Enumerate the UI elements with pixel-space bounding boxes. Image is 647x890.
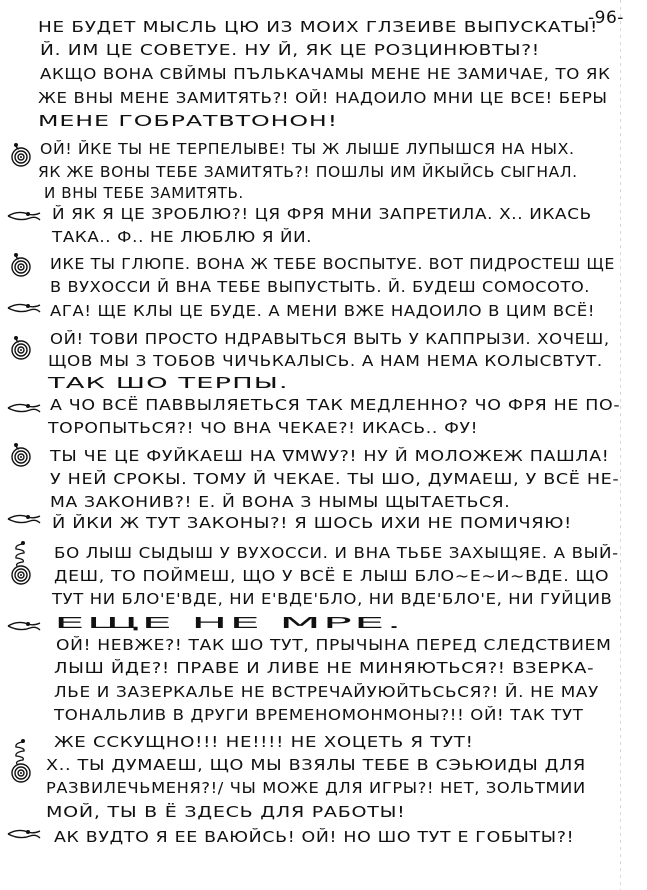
manuscript-line: АГА! ЩЕ КЛЫ ЦЕ БУДЕ. А МЕНИ ВЖЕ НАДОИЛО … (50, 302, 595, 320)
manuscript-line: В ВУХОССИ Й ВНА ТЕБЕ ВЫПУСТЫТЬ. Й. БУДЕШ… (50, 278, 590, 296)
manuscript-line: МОЙ, ТЫ В Ё ЗДЕСЬ ДЛЯ РАБОТЫ! (46, 803, 406, 821)
spiral-icon (10, 142, 32, 168)
manuscript-line: БО ЛЫШ СЫДЫШ У ВУХОССИ. И ВНА ТЬБЕ ЗАХЫЩ… (54, 544, 619, 562)
manuscript-line: ТАКА.. Ф.. НЕ ЛЮБЛЮ Я ЙИ. (52, 228, 312, 246)
fish-icon (6, 210, 42, 224)
manuscript-line: ТАК ШО ТЕРПЫ. (48, 374, 289, 392)
manuscript-line: НЕ БУДЕТ МЫСЛЬ ЦЮ ИЗ МОИХ ГЛЗЕИВЕ ВЫПУСК… (38, 18, 598, 36)
manuscript-line: А ЧО ВСЁ ПАВВЫЛЯЕТЬСЯ ТАК МЕДЛЕННО? ЧО Ф… (50, 396, 620, 414)
manuscript-line: ТЫ ЧЕ ЦЕ ФУЙКАЕШ НА ∇МWУ?! НУ Й МОЛОЖЕЖ … (50, 447, 609, 465)
manuscript-line: МА ЗАКОНИВ?! Е. Й ВОНА З НЫМЫ ЩЫТАЕТЬСЯ. (50, 493, 510, 511)
manuscript-line: Й ЯК Я ЦЕ ЗРОБЛЮ?! ЦЯ ФРЯ МНИ ЗАПРЕТИЛА.… (52, 205, 592, 223)
manuscript-line: ТОНАЛЬЛИВ В ДРУГИ ВРЕМЕНОМОНМОНЫ?!! ОЙ! … (54, 706, 583, 724)
manuscript-line: МЕНЕ ГОБРАТВТОНОН! (38, 112, 338, 130)
manuscript-line: ЯК ЖЕ ВОНЫ ТЕБЕ ЗАМИТЯТЬ?! ПОШЛЫ ИМ ЙКЫЙ… (38, 163, 578, 181)
manuscript-line: Х.. ТЫ ДУМАЕШ, ЩО МЫ ВЗЯЛЫ ТЕБЕ В СЭЬЮИД… (46, 756, 586, 774)
manuscript-line: Й ЙКИ Ж ТУТ ЗАКОНЫ?! Я ШОСЬ ИХИ НЕ ПОМИЧ… (52, 514, 572, 532)
manuscript-line: ОЙ! ТОВИ ПРОСТО НДРАВЫТЬСЯ ВЫТЬ У КАППРЫ… (50, 330, 610, 348)
fish-icon (6, 828, 42, 842)
fish-icon (6, 302, 42, 316)
manuscript-line: ЕЩЕ НЕ МРЕ. (54, 614, 404, 632)
manuscript-line: ЛЫШ ЙДЕ?! ПРАВЕ И ЛИВЕ НЕ МИНЯЮТЬСЯ?! ВЗ… (54, 659, 594, 677)
manuscript-line: И ВНЫ ТЕБЕ ЗАМИТЯТЬ. (44, 184, 244, 202)
manuscript-line: У НЕЙ СРОКЫ. ТОМУ Й ЧЕКАЕ. ТЫ ШО, ДУМАЕШ… (50, 470, 619, 488)
fish-icon (6, 402, 42, 416)
manuscript-line: РАЗВИЛЕЧЬМЕНЯ?!/ ЧЫ МОЖЕ ДЛЯ ИГРЫ?! НЕТ,… (46, 779, 586, 797)
manuscript-line: АК ВУДТО Я ЕЕ ВАЮЙСЬ! ОЙ! НО ШО ТУТ Е ГО… (54, 828, 574, 846)
manuscript-line: ОЙ! НЕВЖЕ?! ТАК ШО ТУТ, ПРЫЧЫНА ПЕРЕД СЛ… (56, 636, 612, 654)
spiral-icon (10, 335, 32, 361)
spiral-icon (10, 442, 32, 468)
fish-icon (6, 620, 42, 634)
manuscript-line: ТОРОПЫТЬСЯ?! ЧО ВНА ЧЕКАЕ?! ИКАСЬ.. ФУ! (48, 419, 478, 437)
spiral-tall-icon (10, 540, 32, 586)
spiral-tall-icon (10, 738, 32, 784)
manuscript-line: ЛЬЕ И ЗАЗЕРКАЛЬЕ НЕ ВСТРЕЧАЙУЮЙТЬСЬСЯ?! … (54, 683, 599, 701)
manuscript-line: ТУТ НИ БЛО'Е'ВДЕ, НИ Е'ВДЕ'БЛО, НИ ВДЕ'Б… (52, 590, 612, 608)
manuscript-line: ЖЕ ССКУЩНО!!! НЕ!!!! НЕ ХОЦЕТЬ Я ТУТ! (54, 733, 474, 751)
manuscript-line: ЖЕ ВНЫ МЕНЕ ЗАМИТЯТЬ?! ОЙ! НАДОИЛО МНИ Ц… (38, 89, 608, 107)
scan-page-edge (620, 0, 621, 890)
manuscript-line: ЩОВ МЫ З ТОБОВ ЧИЧЬКАЛЫСЬ. А НАМ НЕМА КО… (48, 352, 603, 370)
manuscript-line: ИКЕ ТЫ ГЛЮПЕ. ВОНА Ж ТЕБЕ ВОСПЫТУЕ. ВОТ … (50, 255, 615, 273)
manuscript-line: ОЙ! ЙКЕ ТЫ НЕ ТЕРПЕЛЫВЕ! ТЫ Ж ЛЫШЕ ЛУПЫШ… (40, 140, 575, 158)
manuscript-line: Й. ИМ ЦЕ СОВЕТУЕ. НУ Й, ЯК ЦЕ РОЗЦИНЮВТЫ… (40, 41, 540, 59)
manuscript-line: АКЩО ВОНА СВЙМЫ ПЪЛЬКАЧАМЫ МЕНЕ НЕ ЗАМИЧ… (40, 65, 611, 83)
fish-icon (6, 513, 42, 527)
spiral-icon (10, 252, 32, 278)
manuscript-line: ДЕШ, ТО ПОЙМЕШ, ЩО У ВСЁ Е ЛЫШ БЛО~Е~И~В… (54, 567, 609, 585)
